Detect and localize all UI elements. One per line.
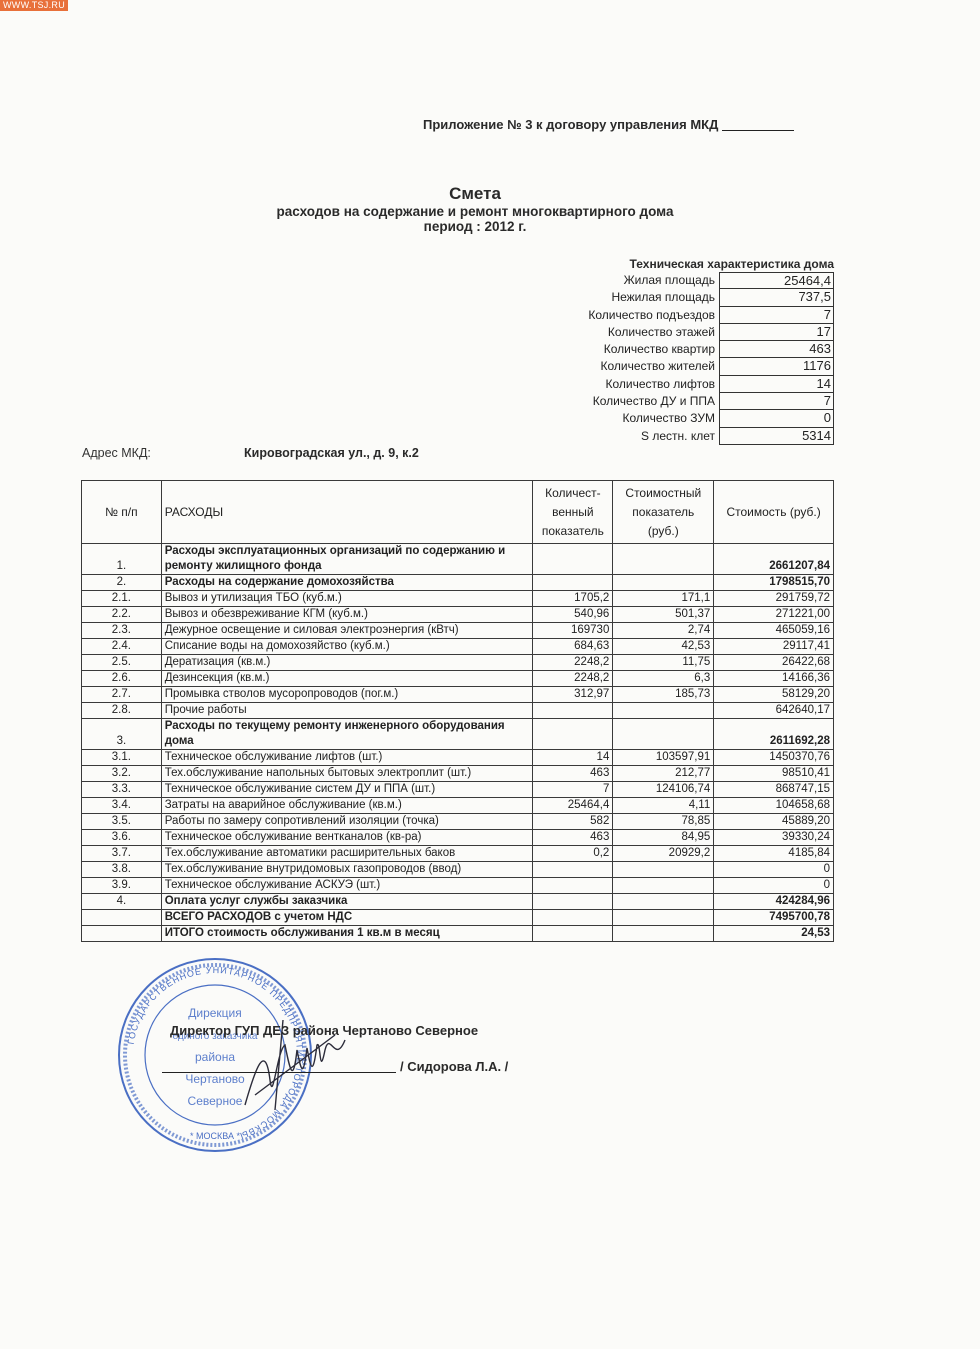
signature-line — [162, 1072, 396, 1073]
table-row: 2.8.Прочие работы642640,17 — [82, 703, 834, 719]
cell-name: Оплата услуг службы заказчика — [161, 894, 533, 910]
tech-characteristics: Техническая характеристика дома Жилая пл… — [540, 257, 834, 445]
tech-value: 14 — [719, 375, 834, 393]
budget-table: № п/п РАСХОДЫ Количест-венный показатель… — [81, 480, 834, 942]
appendix-text: Приложение № 3 к договору управления МКД — [423, 117, 718, 132]
cell-num: 2.2. — [82, 607, 162, 623]
cell-unit: 2,74 — [613, 623, 714, 639]
tech-label: Нежилая площадь — [540, 289, 719, 306]
table-row: 3.9.Техническое обслуживание АСКУЭ (шт.)… — [82, 878, 834, 894]
cell-unit — [613, 878, 714, 894]
table-row: 3.7.Тех.обслуживание автоматики расширит… — [82, 846, 834, 862]
cell-qty: 1705,2 — [533, 591, 613, 607]
tech-value: 7 — [719, 306, 834, 324]
cell-qty: 14 — [533, 750, 613, 766]
tech-row: Количество ЗУМ0 — [540, 410, 834, 427]
cell-qty: 7 — [533, 782, 613, 798]
tech-rows: Жилая площадь25464,4Нежилая площадь737,5… — [540, 272, 834, 445]
cell-unit: 20929,2 — [613, 846, 714, 862]
cell-num: 2.4. — [82, 639, 162, 655]
cell-cost: 1798515,70 — [714, 575, 834, 591]
cell-cost: 29117,41 — [714, 639, 834, 655]
table-row: 3.5.Работы по замеру сопротивлений изоля… — [82, 814, 834, 830]
cell-num: 3.9. — [82, 878, 162, 894]
cell-qty — [533, 878, 613, 894]
tech-value: 1176 — [719, 357, 834, 375]
signature-name: / Сидорова Л.А. / — [400, 1059, 508, 1074]
table-row: 2.3.Дежурное освещение и силовая электро… — [82, 623, 834, 639]
cell-qty: 25464,4 — [533, 798, 613, 814]
tech-row: Нежилая площадь737,5 — [540, 289, 834, 306]
cell-unit: 501,37 — [613, 607, 714, 623]
tech-label: Количество лифтов — [540, 376, 719, 393]
title-subtitle: расходов на содержание и ремонт многоква… — [200, 204, 750, 219]
cell-unit — [613, 910, 714, 926]
cell-cost: 0 — [714, 878, 834, 894]
cell-name: Техническое обслуживание вентканалов (кв… — [161, 830, 533, 846]
cell-cost: 868747,15 — [714, 782, 834, 798]
cell-qty: 169730 — [533, 623, 613, 639]
table-row: ВСЕГО РАСХОДОВ с учетом НДС7495700,78 — [82, 910, 834, 926]
cell-num: 3.1. — [82, 750, 162, 766]
cell-unit — [613, 862, 714, 878]
cell-num: 2. — [82, 575, 162, 591]
tech-value: 0 — [719, 409, 834, 427]
tech-label: Количество подъездов — [540, 307, 719, 324]
cell-qty: 540,96 — [533, 607, 613, 623]
cell-num: 2.8. — [82, 703, 162, 719]
cell-cost: 104658,68 — [714, 798, 834, 814]
cell-unit — [613, 926, 714, 942]
cell-num: 3.5. — [82, 814, 162, 830]
table-row: 3.8.Тех.обслуживание внутридомовых газоп… — [82, 862, 834, 878]
tech-value: 737,5 — [719, 288, 834, 306]
tech-row: Количество этажей17 — [540, 324, 834, 341]
table-row: 3.2.Тех.обслуживание напольных бытовых э… — [82, 766, 834, 782]
cell-cost: 58129,20 — [714, 687, 834, 703]
cell-unit — [613, 894, 714, 910]
table-row: 2.6.Дезинсекция (кв.м.)2248,26,314166,36 — [82, 671, 834, 687]
cell-name: Техническое обслуживание систем ДУ и ППА… — [161, 782, 533, 798]
tech-row: Количество жителей1176 — [540, 358, 834, 375]
cell-qty — [533, 862, 613, 878]
tech-row: Количество ДУ и ППА7 — [540, 393, 834, 410]
cell-num — [82, 926, 162, 942]
cell-cost: 271221,00 — [714, 607, 834, 623]
cell-name: Тех.обслуживание напольных бытовых элект… — [161, 766, 533, 782]
cell-name: Тех.обслуживание внутридомовых газопрово… — [161, 862, 533, 878]
cell-num: 2.1. — [82, 591, 162, 607]
cell-num: 2.3. — [82, 623, 162, 639]
header-num: № п/п — [82, 481, 162, 544]
cell-qty: 684,63 — [533, 639, 613, 655]
tech-row: S лестн. клет5314 — [540, 428, 834, 445]
tech-value: 5314 — [719, 427, 834, 445]
cell-unit: 84,95 — [613, 830, 714, 846]
cell-cost: 424284,96 — [714, 894, 834, 910]
cell-qty: 463 — [533, 830, 613, 846]
cell-qty — [533, 926, 613, 942]
cell-name: Вывоз и утилизация ТБО (куб.м.) — [161, 591, 533, 607]
header-cost: Стоимость (руб.) — [714, 481, 834, 544]
table-row: 2.2.Вывоз и обезвреживание КГМ (куб.м.)5… — [82, 607, 834, 623]
cell-unit: 103597,91 — [613, 750, 714, 766]
tech-row: Количество подъездов7 — [540, 307, 834, 324]
header-qty: Количест-венный показатель — [533, 481, 613, 544]
table-row: 3.Расходы по текущему ремонту инженерног… — [82, 719, 834, 750]
cell-cost: 98510,41 — [714, 766, 834, 782]
table-row: 2.Расходы на содержание домохозяйства179… — [82, 575, 834, 591]
cell-qty: 582 — [533, 814, 613, 830]
tech-label: S лестн. клет — [540, 428, 719, 445]
stamp-bottom-text: * МОСКВА * — [190, 1131, 240, 1141]
cell-unit: 124106,74 — [613, 782, 714, 798]
cell-name: Затраты на аварийное обслуживание (кв.м.… — [161, 798, 533, 814]
cell-num: 3.4. — [82, 798, 162, 814]
cell-num: 3.7. — [82, 846, 162, 862]
cell-unit: 11,75 — [613, 655, 714, 671]
cell-name: Промывка стволов мусоропроводов (пог.м.) — [161, 687, 533, 703]
cell-name: Работы по замеру сопротивлений изоляции … — [161, 814, 533, 830]
cell-unit — [613, 719, 714, 750]
cell-cost: 2611692,28 — [714, 719, 834, 750]
cell-num: 3.2. — [82, 766, 162, 782]
cell-num: 3.8. — [82, 862, 162, 878]
cell-qty: 2248,2 — [533, 671, 613, 687]
cell-qty — [533, 544, 613, 575]
cell-num: 2.5. — [82, 655, 162, 671]
cell-qty — [533, 719, 613, 750]
cell-name: Тех.обслуживание автоматики расширительн… — [161, 846, 533, 862]
cell-num: 4. — [82, 894, 162, 910]
cell-qty — [533, 703, 613, 719]
cell-qty — [533, 894, 613, 910]
cell-qty: 2248,2 — [533, 655, 613, 671]
tech-row: Количество лифтов14 — [540, 376, 834, 393]
cell-qty — [533, 575, 613, 591]
table-row: 2.7.Промывка стволов мусоропроводов (пог… — [82, 687, 834, 703]
cell-cost: 0 — [714, 862, 834, 878]
table-row: 3.1.Техническое обслуживание лифтов (шт.… — [82, 750, 834, 766]
cell-num: 3.6. — [82, 830, 162, 846]
tech-value: 7 — [719, 392, 834, 410]
table-row: 2.1.Вывоз и утилизация ТБО (куб.м.)1705,… — [82, 591, 834, 607]
cell-name: Дератизация (кв.м.) — [161, 655, 533, 671]
cell-cost: 26422,68 — [714, 655, 834, 671]
cell-cost: 4185,84 — [714, 846, 834, 862]
cell-cost: 45889,20 — [714, 814, 834, 830]
watermark: WWW.TSJ.RU — [0, 0, 68, 11]
cell-cost: 24,53 — [714, 926, 834, 942]
cell-unit: 6,3 — [613, 671, 714, 687]
cell-num: 2.7. — [82, 687, 162, 703]
table-row: 2.4.Списание воды на домохозяйство (куб.… — [82, 639, 834, 655]
cell-name: Прочие работы — [161, 703, 533, 719]
cell-unit: 78,85 — [613, 814, 714, 830]
tech-label: Количество ДУ и ППА — [540, 393, 719, 410]
tech-label: Количество жителей — [540, 358, 719, 375]
tech-value: 463 — [719, 340, 834, 358]
cell-unit: 4,11 — [613, 798, 714, 814]
cell-name: ВСЕГО РАСХОДОВ с учетом НДС — [161, 910, 533, 926]
contract-number-blank — [722, 115, 794, 131]
tech-value: 25464,4 — [719, 272, 834, 289]
cell-num: 3.3. — [82, 782, 162, 798]
cell-unit: 185,73 — [613, 687, 714, 703]
tech-label: Количество этажей — [540, 324, 719, 341]
cell-name: Дежурное освещение и силовая электроэнер… — [161, 623, 533, 639]
cell-name: Списание воды на домохозяйство (куб.м.) — [161, 639, 533, 655]
tech-label: Жилая площадь — [540, 272, 719, 289]
cell-name: ИТОГО стоимость обслуживания 1 кв.м в ме… — [161, 926, 533, 942]
cell-qty: 0,2 — [533, 846, 613, 862]
title-main: Смета — [200, 184, 750, 204]
cell-unit — [613, 703, 714, 719]
cell-cost: 642640,17 — [714, 703, 834, 719]
cell-name: Техническое обслуживание АСКУЭ (шт.) — [161, 878, 533, 894]
document-title: Смета расходов на содержание и ремонт мн… — [200, 184, 750, 234]
table-row: ИТОГО стоимость обслуживания 1 кв.м в ме… — [82, 926, 834, 942]
title-period: период : 2012 г. — [200, 219, 750, 234]
header-unit-cost: Стоимостный показатель (руб.) — [613, 481, 714, 544]
cell-num: 2.6. — [82, 671, 162, 687]
table-row: 2.5.Дератизация (кв.м.)2248,211,7526422,… — [82, 655, 834, 671]
cell-unit: 212,77 — [613, 766, 714, 782]
cell-cost: 465059,16 — [714, 623, 834, 639]
stamp-center-line: района — [195, 1050, 235, 1064]
cell-unit: 171,1 — [613, 591, 714, 607]
table-header-row: № п/п РАСХОДЫ Количест-венный показатель… — [82, 481, 834, 544]
tech-value: 17 — [719, 323, 834, 341]
cell-name: Расходы на содержание домохозяйства — [161, 575, 533, 591]
appendix-heading: Приложение № 3 к договору управления МКД — [423, 117, 794, 133]
cell-qty — [533, 910, 613, 926]
cell-num — [82, 910, 162, 926]
address-value: Кировоградская ул., д. 9, к.2 — [244, 446, 419, 460]
budget-body: 1.Расходы эксплуатационных организаций п… — [82, 544, 834, 942]
table-row: 1.Расходы эксплуатационных организаций п… — [82, 544, 834, 575]
cell-name: Расходы по текущему ремонту инженерного … — [161, 719, 533, 750]
table-row: 3.6.Техническое обслуживание вентканалов… — [82, 830, 834, 846]
cell-cost: 14166,36 — [714, 671, 834, 687]
cell-cost: 7495700,78 — [714, 910, 834, 926]
cell-cost: 1450370,76 — [714, 750, 834, 766]
cell-name: Вывоз и обезвреживание КГМ (куб.м.) — [161, 607, 533, 623]
cell-cost: 39330,24 — [714, 830, 834, 846]
tech-label: Количество ЗУМ — [540, 410, 719, 427]
cell-qty: 312,97 — [533, 687, 613, 703]
cell-name: Расходы эксплуатационных организаций по … — [161, 544, 533, 575]
table-row: 4.Оплата услуг службы заказчика424284,96 — [82, 894, 834, 910]
cell-unit — [613, 544, 714, 575]
table-row: 3.4.Затраты на аварийное обслуживание (к… — [82, 798, 834, 814]
cell-cost: 2661207,84 — [714, 544, 834, 575]
tech-label: Количество квартир — [540, 341, 719, 358]
stamp-center-line: Дирекция — [188, 1006, 242, 1020]
tech-row: Жилая площадь25464,4 — [540, 272, 834, 289]
cell-num: 1. — [82, 544, 162, 575]
cell-num: 3. — [82, 719, 162, 750]
cell-unit: 42,53 — [613, 639, 714, 655]
tech-heading: Техническая характеристика дома — [540, 257, 834, 272]
address-label: Адрес МКД: — [82, 446, 151, 460]
header-name: РАСХОДЫ — [161, 481, 533, 544]
cell-cost: 291759,72 — [714, 591, 834, 607]
cell-unit — [613, 575, 714, 591]
tech-row: Количество квартир463 — [540, 341, 834, 358]
table-row: 3.3.Техническое обслуживание систем ДУ и… — [82, 782, 834, 798]
cell-qty: 463 — [533, 766, 613, 782]
signature-title: Директор ГУП ДЕЗ района Чертаново Северн… — [170, 1023, 478, 1038]
cell-name: Дезинсекция (кв.м.) — [161, 671, 533, 687]
cell-name: Техническое обслуживание лифтов (шт.) — [161, 750, 533, 766]
